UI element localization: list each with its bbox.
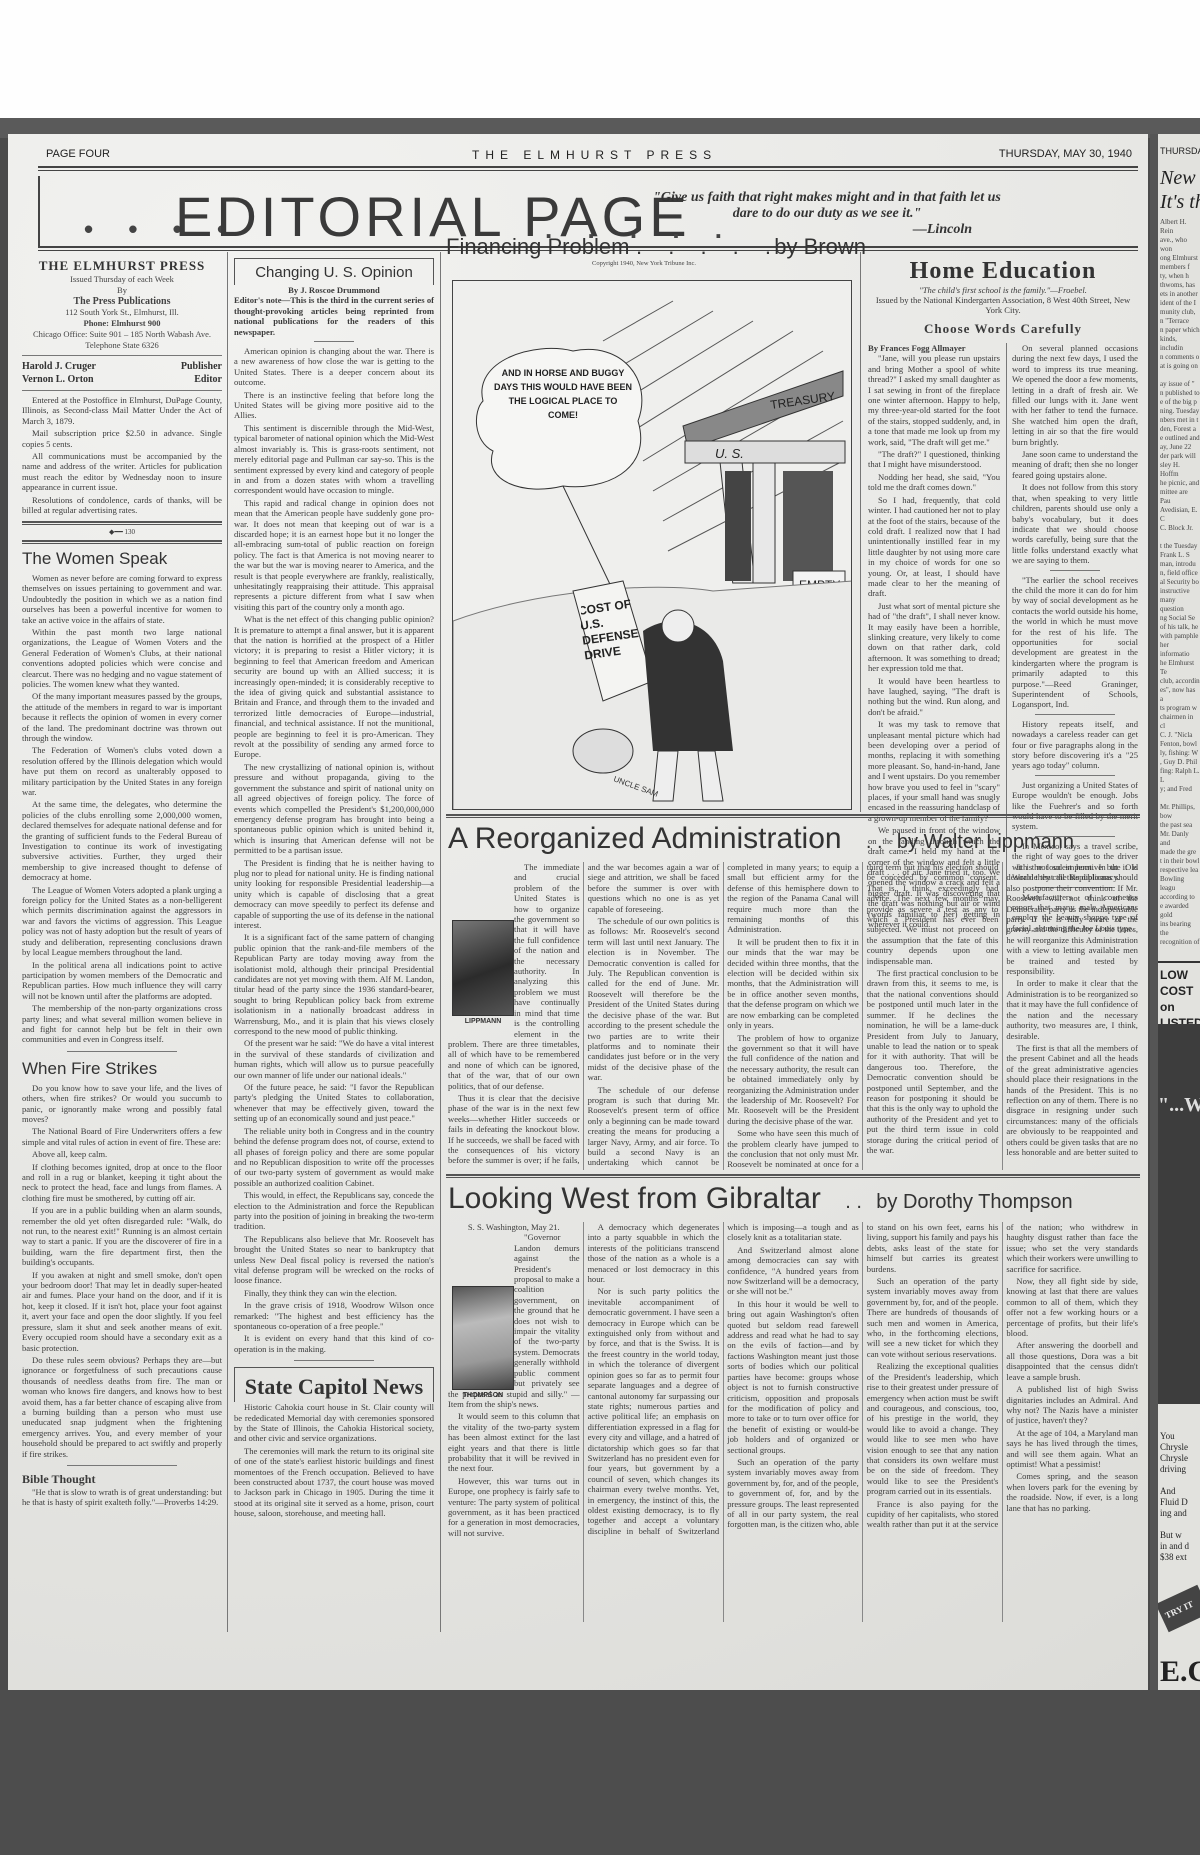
subscription-notice: Mail subscription price $2.50 in advance… <box>22 428 222 449</box>
article-paragraph: It would have been heartless to have lau… <box>868 676 1000 718</box>
article-paragraph: The first practical conclusion to be dra… <box>867 968 999 1155</box>
article-paragraph: This sentiment is discernible through th… <box>234 423 434 496</box>
article-paragraph: Comes spring, and the season when lovers… <box>1006 1471 1138 1513</box>
article-paragraph: The schedule of our own politics is as f… <box>588 916 720 1083</box>
adjacent-date: THURSDAY <box>1158 134 1200 156</box>
article-paragraph: There is an instinctive feeling that bef… <box>234 390 434 421</box>
article-paragraph: And Switzerland almost alone among democ… <box>727 1245 859 1297</box>
editorial-cartoon: U. S. TREASURY EMPTY AND IN HORSE AND BU… <box>452 280 852 810</box>
article-paragraph: The membership of the non-party organiza… <box>22 1003 222 1045</box>
article-paragraph: A democracy which degenerates into a par… <box>588 1222 720 1284</box>
adjacent-text: Albert H. Rein ave., who won ong Elmhurs… <box>1158 214 1200 947</box>
article-paragraph: Do these rules seem obvious? Perhaps the… <box>22 1355 222 1459</box>
cartoon-byline: by Brown <box>774 234 866 260</box>
article-paragraph: It is evident on every hand that this ki… <box>234 1333 434 1354</box>
editor-note: Editor's note—This is the third in the c… <box>234 295 434 337</box>
svg-text:U. S.: U. S. <box>715 446 744 461</box>
article-paragraph: American opinion is changing about the w… <box>234 346 434 388</box>
gibraltar-byline: by Dorothy Thompson <box>876 1191 1072 1213</box>
article-paragraph: Nodding her head, she said, "You told me… <box>868 472 1000 493</box>
article-paragraph: So I had, frequently, that cold winter. … <box>868 495 1000 599</box>
publisher-company: The Press Publications <box>22 296 222 307</box>
state-capitol-box: State Capitol News <box>234 1367 434 1402</box>
chrysler-advertisement: You Chrysle Chrysle driving And Fluid D … <box>1158 1414 1200 1694</box>
reorganized-headline-row: A Reorganized Administration . . by Walt… <box>448 822 1074 856</box>
short-item: History repeats itself, and nowadays a c… <box>1012 719 1138 771</box>
article-paragraph: Do you know how to save your life, and t… <box>22 1083 222 1125</box>
cartoon-header: Financing Problem . . . . . by Brown <box>446 234 866 260</box>
article-paragraph: After answering the doorbell and all tho… <box>1006 1340 1138 1382</box>
headline-dots: . . <box>866 831 883 853</box>
article-paragraph: Such an operation of the party system in… <box>867 1276 999 1359</box>
try-it-badge: TRY IT <box>1156 1585 1200 1633</box>
column-divider <box>227 252 228 1632</box>
staff-role: Publisher <box>181 360 222 373</box>
reorganized-byline: by Walter Lippmann <box>897 831 1074 853</box>
article-paragraph: The League of Women Voters adopted a pla… <box>22 885 222 958</box>
bible-thought-text: "He that is slow to wrath is of great un… <box>22 1487 222 1508</box>
communications-notice: All communications must be accompanied b… <box>22 451 222 493</box>
speech-bubble-text: AND IN HORSE AND BUGGY DAYS THIS WOULD H… <box>493 366 633 422</box>
issue-date: THURSDAY, MAY 30, 1940 <box>999 148 1132 160</box>
article-paragraph: In this hour it would be well to bring o… <box>727 1299 859 1455</box>
staff-name: Vernon L. Orton <box>22 373 94 386</box>
by-line: By <box>22 285 222 296</box>
publisher-address: 112 South York St., Elmhurst, Ill. <box>22 307 222 318</box>
publisher-box-title: THE ELMHURST PRESS <box>22 258 222 274</box>
article-paragraph: Within the past month two large national… <box>22 627 222 689</box>
article-paragraph: The Federation of Women's clubs voted do… <box>22 745 222 797</box>
chicago-telephone: Telephone State 6326 <box>22 340 222 351</box>
column-1: THE ELMHURST PRESS Issued Thursday of ea… <box>22 258 222 1510</box>
reorganized-body: The immediate and crucial problem of the… <box>448 862 1138 1170</box>
postal-notice: Entered at the Postoffice in Elmhurst, D… <box>22 395 222 426</box>
article-paragraph: Just what sort of mental picture she had… <box>868 601 1000 674</box>
cartoon-headline: Financing Problem <box>446 234 629 259</box>
column-2: Changing U. S. Opinion By J. Roscoe Drum… <box>234 258 434 1521</box>
home-education-header: Home Education "The child's first school… <box>868 258 1138 337</box>
article-paragraph: "Jane, will you please run upstairs and … <box>868 353 1000 447</box>
home-education-headline: Home Education <box>868 258 1138 285</box>
lincoln-quote: "Give us faith that right makes might an… <box>652 190 1002 238</box>
fire-strikes-headline: When Fire Strikes <box>22 1058 222 1080</box>
article-paragraph: The ceremonies will mark the return to i… <box>234 1446 434 1519</box>
article-paragraph: It will be prudent then to fix it in our… <box>727 937 859 1031</box>
article-paragraph: The new crystallizing of national opinio… <box>234 762 434 856</box>
article-paragraph: Jane soon came to understand the meaning… <box>1012 449 1138 480</box>
dealer-brand: E.C. <box>1160 1655 1200 1689</box>
article-paragraph: Now, they all fight side by side, knowin… <box>1006 1276 1138 1338</box>
page-number: PAGE FOUR <box>46 148 110 160</box>
article-paragraph: A published list of high Swiss dignitari… <box>1006 1384 1138 1426</box>
scan-top-margin <box>0 0 1200 130</box>
issued-by: Issued by the National Kindergarten Asso… <box>868 295 1138 315</box>
adjacent-headline-1: New El <box>1158 156 1200 190</box>
article-paragraph: It was my task to remove that unpleasant… <box>868 719 1000 823</box>
article-paragraph: However, this war turns out in Europe, o… <box>448 1476 580 1538</box>
article-paragraph: Above all, keep calm. <box>22 1149 222 1159</box>
article-paragraph: Women as never before are coming forward… <box>22 573 222 625</box>
publisher-phone: Phone: Elmhurst 900 <box>22 318 222 329</box>
opinion-headline-box: Changing U. S. Opinion <box>234 258 434 285</box>
cartoon-dots: . . . . . <box>636 234 781 260</box>
article-paragraph: It would seem to this column that the vi… <box>448 1411 580 1473</box>
section-rule <box>446 1174 1140 1178</box>
gibraltar-headline-row: Looking West from Gibraltar . . by Dorot… <box>448 1182 1073 1216</box>
publisher-box: THE ELMHURST PRESS Issued Thursday of ea… <box>22 258 222 351</box>
article-paragraph: It is a significant fact of the same pat… <box>234 932 434 1036</box>
newspaper-page: PAGE FOUR THE ELMHURST PRESS THURSDAY, M… <box>8 134 1148 1694</box>
page-header: PAGE FOUR THE ELMHURST PRESS THURSDAY, M… <box>32 142 1132 164</box>
header-rule <box>38 166 1138 171</box>
froebel-motto: "The child's first school is the family.… <box>868 285 1138 295</box>
gibraltar-headline: Looking West from Gibraltar <box>448 1182 821 1215</box>
article-paragraph: This would, in effect, the Republicans s… <box>234 1190 434 1232</box>
quote-text: "Give us faith that right makes might an… <box>653 190 1001 221</box>
column-divider <box>860 252 861 812</box>
staff-role: Editor <box>194 373 222 386</box>
article-paragraph: The reliable unity both in Congress and … <box>234 1126 434 1188</box>
article-paragraph: Finally, they think they can win the ele… <box>234 1288 434 1298</box>
state-capitol-headline: State Capitol News <box>235 1374 433 1400</box>
opinion-byline: By J. Roscoe Drummond <box>234 285 434 295</box>
column-divider <box>440 252 441 1632</box>
cartoon-copyright: Copyright 1940, New York Tribune Inc. <box>592 260 696 267</box>
article-paragraph: In the grave crisis of 1918, Woodrow Wil… <box>234 1300 434 1331</box>
staff-row-publisher: Harold J. Cruger Publisher <box>22 360 222 373</box>
cartoon-illustration: U. S. TREASURY EMPTY AND IN HORSE AND BU… <box>453 281 852 810</box>
staff-name: Harold J. Cruger <box>22 360 96 373</box>
article-paragraph: The President is finding that he is neit… <box>234 858 434 931</box>
chicago-office: Chicago Office: Suite 901 – 185 North Wa… <box>22 329 222 340</box>
article-paragraph: At the age of 104, a Maryland man says h… <box>1006 1428 1138 1470</box>
article-subhead: Choose Words Carefully <box>868 321 1138 337</box>
bible-thought-headline: Bible Thought <box>22 1472 222 1487</box>
union-label: ◆━━ 130 <box>22 527 222 537</box>
article-paragraph: If you awaken at night and smell smoke, … <box>22 1270 222 1353</box>
ad-body: You Chrysle Chrysle driving And Fluid D … <box>1160 1431 1189 1562</box>
paper-name: THE ELMHURST PRESS <box>472 148 717 162</box>
issued-line: Issued Thursday of each Week <box>22 274 222 285</box>
article-paragraph: On several planned occasions during the … <box>1012 343 1138 447</box>
article-paragraph: Realizing the exceptional qualities of t… <box>867 1361 999 1496</box>
article-paragraph: Of the many important measures passed by… <box>22 691 222 743</box>
article-paragraph: The problem of how to organize the gover… <box>727 1033 859 1127</box>
article-paragraph: At the same time, the delegates, who det… <box>22 799 222 882</box>
dark-advertisement: "...W <box>1158 1024 1200 1404</box>
adjacent-page-edge: THURSDAY New El It's the Albert H. Rein … <box>1150 134 1200 1694</box>
article-paragraph: In order to make it clear that the Admin… <box>1006 978 1138 1040</box>
opinion-headline: Changing U. S. Opinion <box>235 263 433 283</box>
article-byline: By Frances Fogg Allmayer <box>868 343 1000 353</box>
women-speak-headline: The Women Speak <box>22 548 222 570</box>
article-paragraph: It is not so imperative but it is desira… <box>1006 862 1138 976</box>
article-paragraph: If you are in a public building when an … <box>22 1205 222 1267</box>
section-rule <box>446 814 1140 818</box>
scroll-text: COST OF U.S. DEFENSE DRIVE <box>581 599 651 664</box>
scan-bottom-margin <box>0 1690 1200 1855</box>
article-paragraph: "The draft?" I questioned, thinking that… <box>868 449 1000 470</box>
article-paragraph: This rapid and radical change in opinion… <box>234 498 434 612</box>
reorganized-headline: A Reorganized Administration <box>448 822 842 855</box>
article-paragraph: It does not follow from this story that,… <box>1012 482 1138 565</box>
headline-dots: . . <box>845 1191 862 1213</box>
article-paragraph: Historic Cahokia court house in St. Clai… <box>234 1402 434 1444</box>
adjacent-headline-2: It's the <box>1158 190 1200 214</box>
article-paragraph: What is the net effect of this changing … <box>234 614 434 760</box>
resolutions-notice: Resolutions of condolence, cards of than… <box>22 495 222 516</box>
ad-slogan: "...W <box>1158 1094 1200 1116</box>
graninger-quote: "The earlier the school receives the chi… <box>1012 575 1138 710</box>
gibraltar-body: S. S. Washington, May 21. "Governor Land… <box>448 1222 1138 1622</box>
article-paragraph: Of the present war he said: "We do have … <box>234 1038 434 1080</box>
article-paragraph: In the political arena all indications p… <box>22 960 222 1002</box>
staff-row-editor: Vernon L. Orton Editor <box>22 373 222 386</box>
article-paragraph: Of the future peace, he said: "I favor t… <box>234 1082 434 1124</box>
article-paragraph: If clothing becomes ignited, drop at onc… <box>22 1162 222 1204</box>
article-paragraph: The National Board of Fire Underwriters … <box>22 1126 222 1147</box>
dateline: S. S. Washington, May 21. <box>448 1222 580 1232</box>
article-paragraph: The Republicans also believe that Mr. Ro… <box>234 1234 434 1286</box>
